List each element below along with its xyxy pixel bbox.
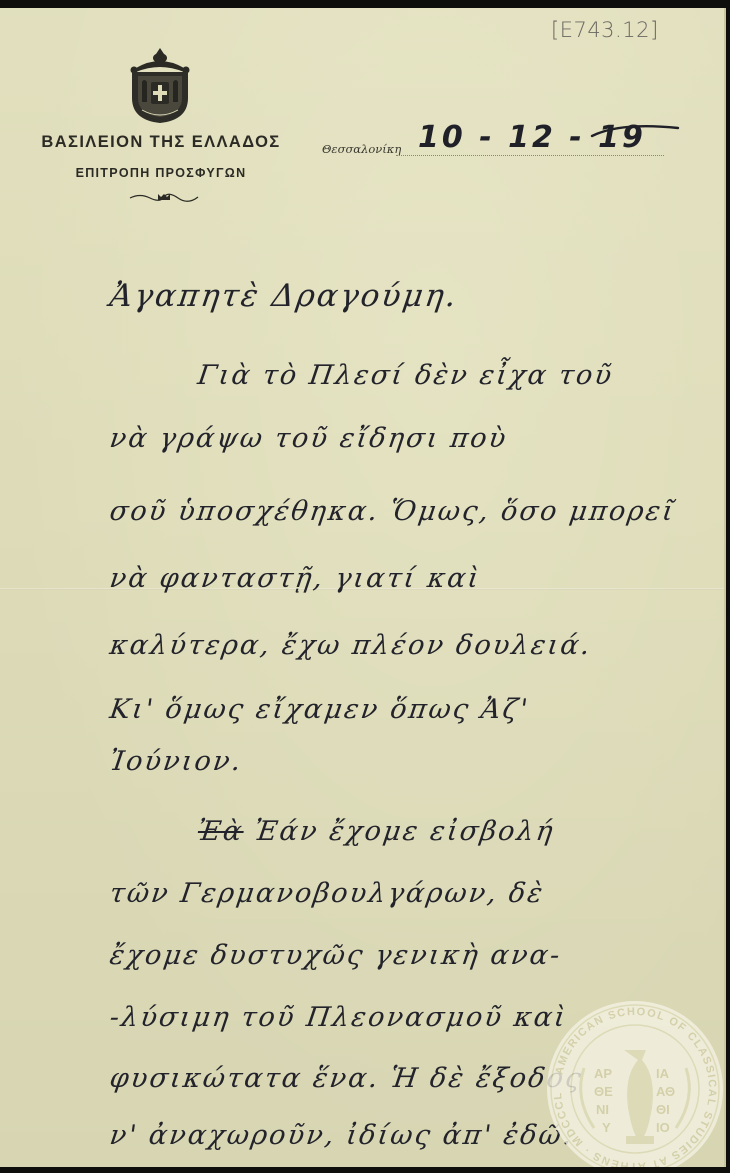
svg-text:ΘΙ: ΘΙ bbox=[656, 1102, 670, 1117]
archive-reference: [Ε743.12] bbox=[551, 18, 659, 42]
svg-text:ΙΑ: ΙΑ bbox=[656, 1066, 670, 1081]
american-school-classical-studies-seal-icon: AMERICAN SCHOOL OF CLASSICAL STUDIES AT … bbox=[544, 998, 726, 1167]
svg-text:ΘΕ: ΘΕ bbox=[594, 1084, 613, 1099]
place-label: Θεσσαλονίκη bbox=[322, 142, 401, 156]
letterhead-subtitle: ΕΠΙΤΡΟΠΗ ΠΡΟΣΦΥΓΩΝ bbox=[30, 166, 292, 180]
letter-line-2: νὰ γράψω τοῦ εἴδησι ποὺ bbox=[108, 423, 510, 454]
svg-text:ΝΙ: ΝΙ bbox=[596, 1102, 609, 1117]
letter-line-10: ἔχομε δυστυχῶς γενικὴ ανα- bbox=[108, 940, 564, 971]
letter-line-9: τῶν Γερμανοβουλγάρων, δὲ bbox=[108, 878, 547, 909]
svg-text:Υ: Υ bbox=[602, 1120, 611, 1135]
letter-page: [Ε743.12] ΒΑΣΙΛΕΙΟΝ ΤΗΣ ΕΛΛΑΔΟΣ ΕΠΙΤΡΟΠΗ… bbox=[0, 8, 726, 1167]
letter-line-13: ν' ἀναχωροῦν, ἰδίως ἀπ' ἐδῶ. bbox=[108, 1120, 576, 1151]
letterhead-title: ΒΑΣΙΛΕΙΟΝ ΤΗΣ ΕΛΛΑΔΟΣ bbox=[30, 133, 292, 152]
letter-line-7: Ἰούνιον. bbox=[108, 746, 245, 777]
svg-text:ΑΘ: ΑΘ bbox=[656, 1084, 675, 1099]
letter-line-8-text: Ἐάν ἔχομε εἰσβολή bbox=[252, 816, 556, 847]
greek-royal-coat-of-arms-icon bbox=[128, 46, 192, 124]
letter-line-4: νὰ φανταστῇ, γιατί καὶ bbox=[108, 563, 483, 594]
svg-text:ΙΟ: ΙΟ bbox=[656, 1120, 670, 1135]
scroll-ornament-icon bbox=[128, 191, 200, 203]
letter-line-6: Κι' ὅμως εἴχαμεν ὅπως Ἀζ' bbox=[108, 694, 532, 725]
letter-line-8: Ἐὰ Ἐάν ἔχομε εἰσβολή bbox=[196, 816, 557, 847]
letter-line-12: φυσικώτατα ἕνα. Ἡ δὲ ἔξοδος bbox=[108, 1063, 585, 1094]
date-flourish-stroke bbox=[590, 120, 680, 140]
salutation: Ἀγαπητὲ Δραγούμη. bbox=[107, 278, 460, 314]
svg-text:ΑΡ: ΑΡ bbox=[594, 1066, 612, 1081]
letter-line-3: σοῦ ὑποσχέθηκα. Ὅμως, ὅσο μπορεῖ bbox=[108, 496, 678, 527]
letter-line-1: Γιὰ τὸ Πλεσί δὲν εἶχα τοῦ bbox=[196, 360, 616, 391]
struck-word: Ἐὰ bbox=[196, 816, 246, 847]
letter-line-5: καλύτερα, ἔχω πλέον δουλειά. bbox=[108, 630, 594, 661]
date-dotted-line bbox=[396, 155, 664, 156]
letter-line-11: -λύσιμη τοῦ Πλεονασμοῦ καὶ bbox=[108, 1002, 570, 1033]
